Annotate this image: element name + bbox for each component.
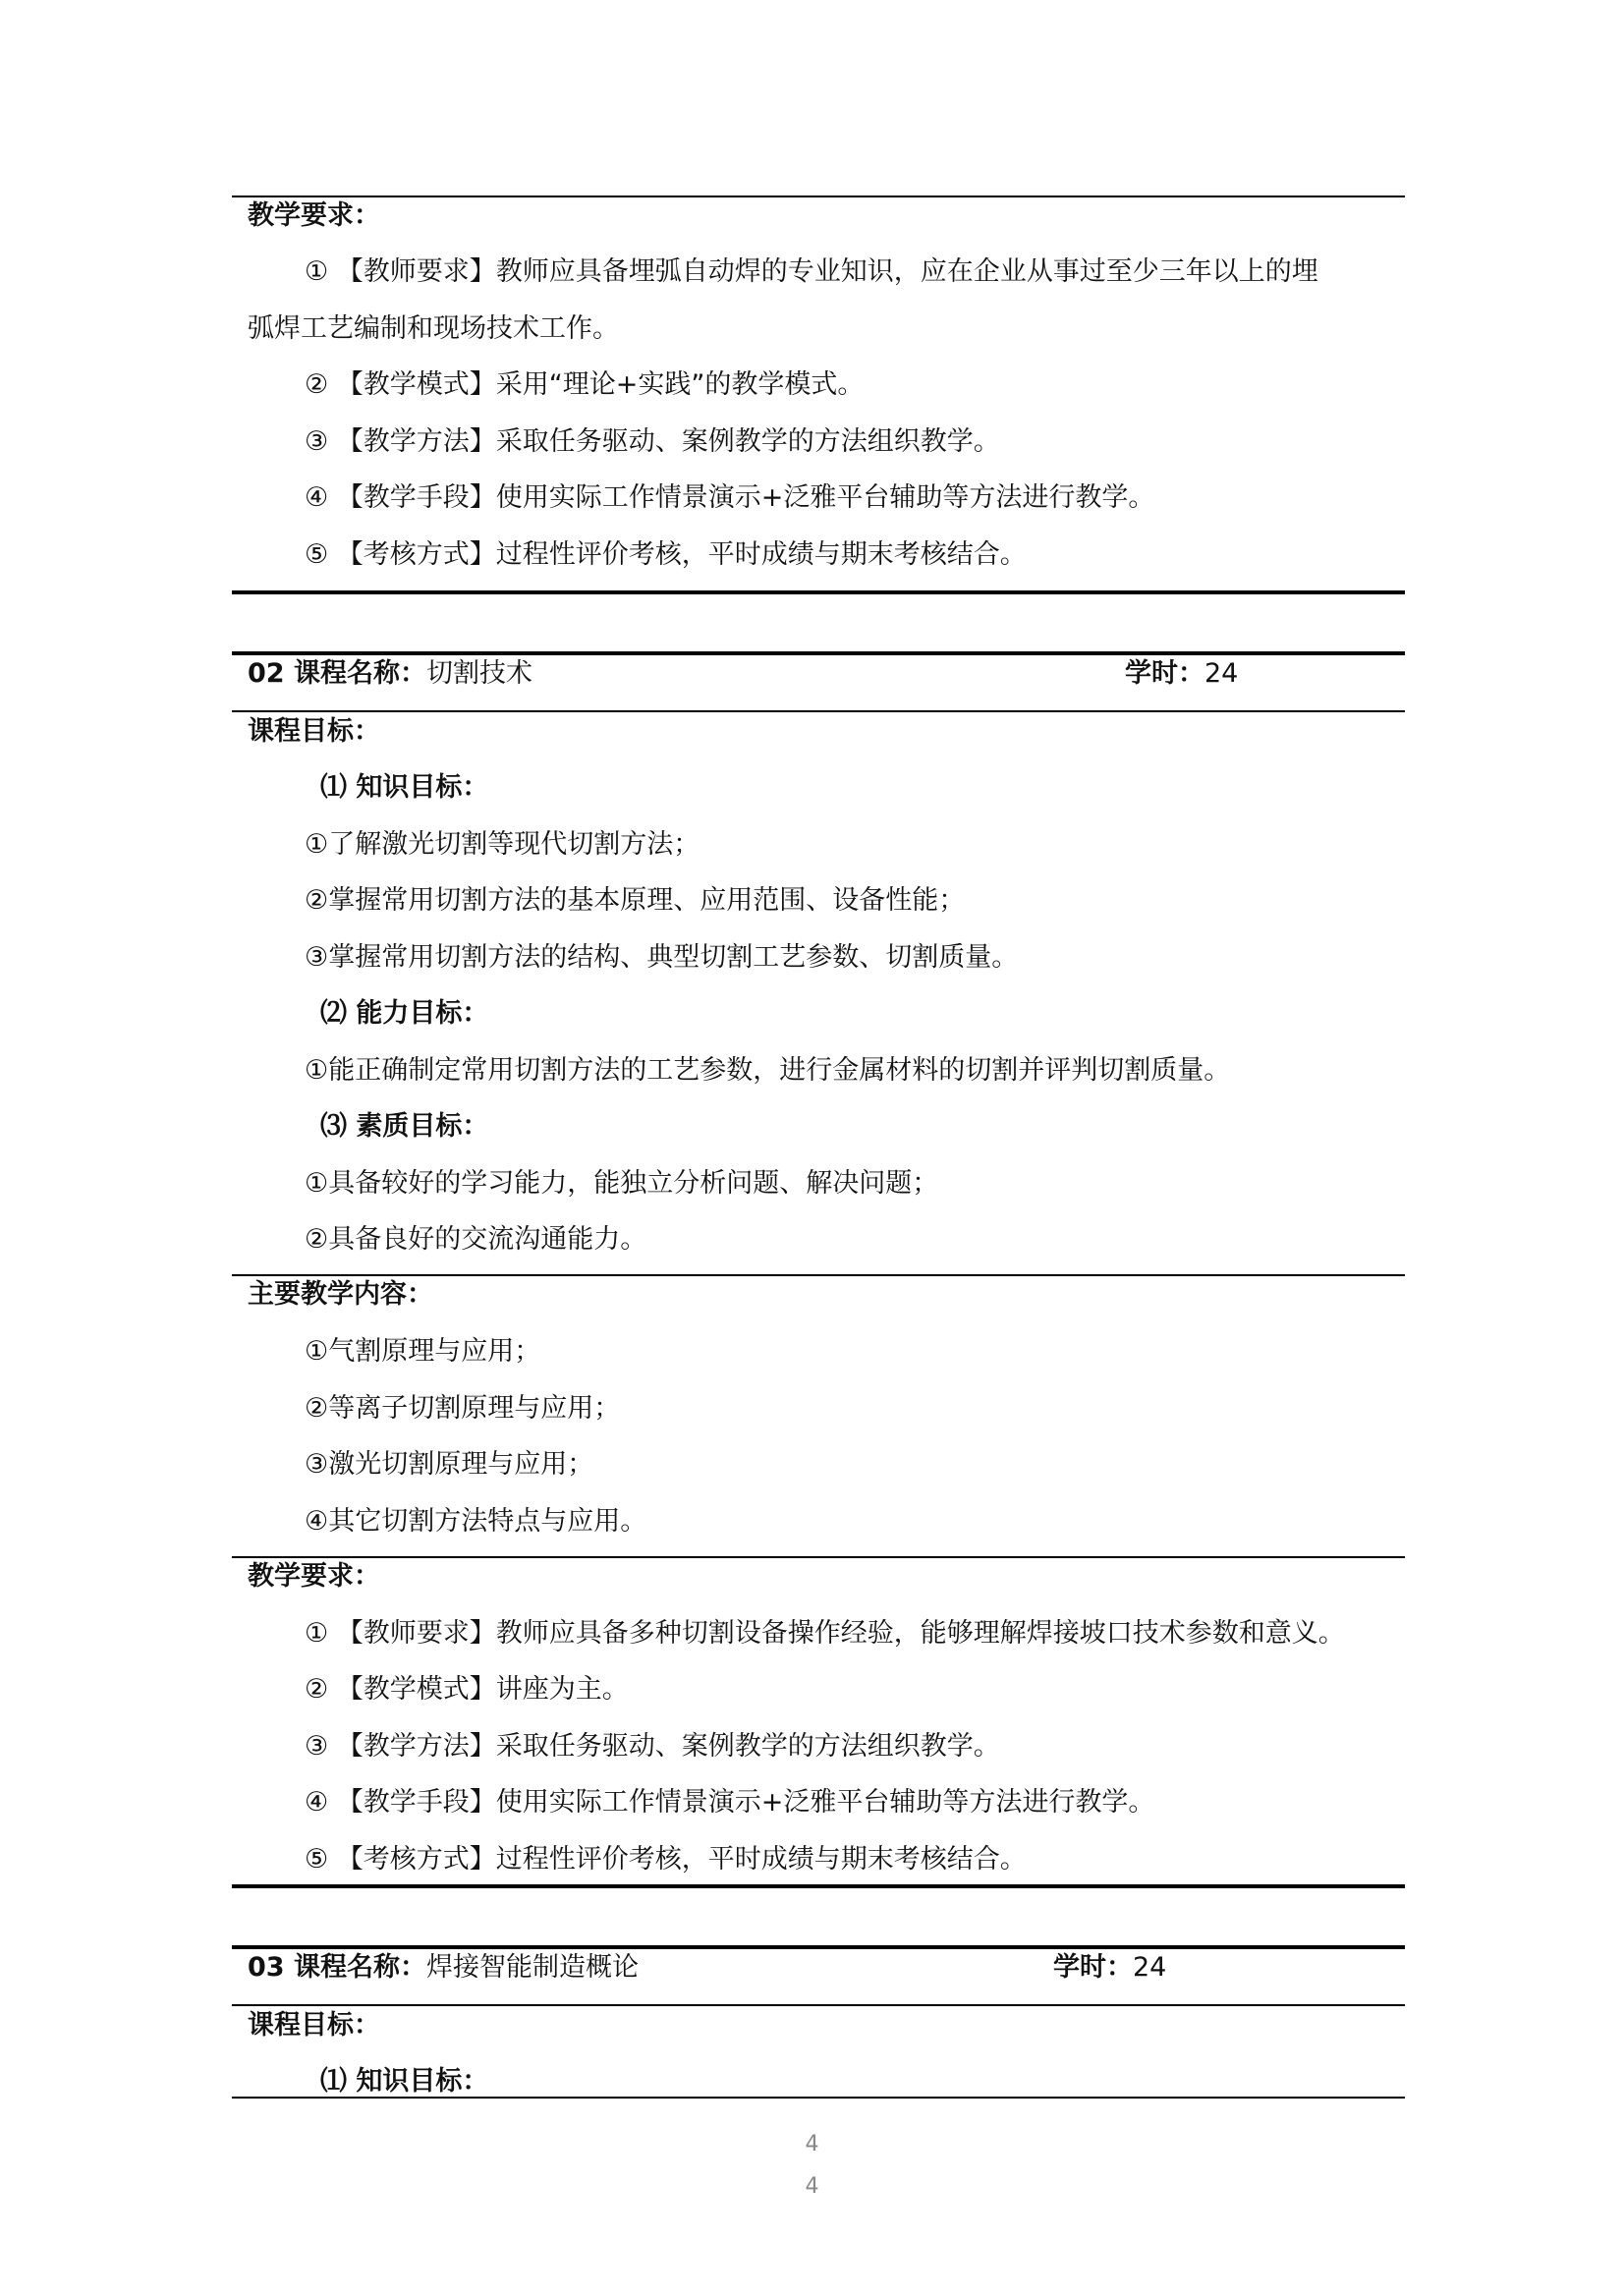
divider: [232, 196, 1405, 197]
knowledge-objectives-heading: ⑴ 知识目标：: [320, 770, 488, 806]
objectives-heading: 课程目标：: [248, 714, 380, 750]
divider: [232, 1274, 1405, 1276]
content-item: ④其它切割方法特点与应用。: [305, 1504, 646, 1540]
course-top-divider: [232, 651, 1405, 655]
course-02-title: 02 课程名称：切割技术: [248, 656, 532, 692]
divider: [232, 1556, 1405, 1558]
hours-value: 24: [1204, 658, 1238, 689]
knowledge-item: ③掌握常用切割方法的结构、典型切割工艺参数、切割质量。: [305, 940, 1018, 976]
course-03-hours: 学时：24: [1053, 1950, 1166, 1986]
requirement-item: ④ 【教学手段】使用实际工作情景演示+泛雅平台辅助等方法进行教学。: [305, 1785, 1154, 1820]
content-item: ①气割原理与应用；: [305, 1334, 540, 1370]
hours-value: 24: [1133, 1952, 1166, 1983]
knowledge-objectives-heading: ⑴ 知识目标：: [320, 2064, 488, 2100]
requirement-item: ② 【教学模式】采用“理论+实践”的教学模式。: [305, 367, 864, 403]
requirement-item: ① 【教师要求】教师应具备埋弧自动焊的专业知识，应在企业从事过至少三年以上的埋: [305, 254, 1318, 290]
hours-label: 学时：: [1053, 1952, 1133, 1983]
course-number: 02: [248, 658, 285, 689]
section-end-divider: [232, 1884, 1405, 1888]
ability-item: ①能正确制定常用切割方法的工艺参数，进行金属材料的切割并评判切割质量。: [305, 1053, 1230, 1089]
page-number: 4: [0, 2132, 1624, 2156]
requirement-item: ② 【教学模式】讲座为主。: [305, 1672, 629, 1708]
section-end-divider: [232, 590, 1405, 594]
requirement-item: ⑤ 【考核方式】过程性评价考核，平时成绩与期末考核结合。: [305, 537, 1027, 573]
teaching-requirements-heading: 教学要求：: [248, 198, 380, 234]
page-number: 4: [0, 2174, 1624, 2199]
content-item: ③激光切割原理与应用；: [305, 1447, 593, 1483]
course-name: 切割技术: [426, 658, 532, 689]
objectives-heading: 课程目标：: [248, 2008, 380, 2044]
course-top-divider: [232, 1945, 1405, 1949]
quality-objectives-heading: ⑶ 素质目标：: [320, 1109, 488, 1145]
divider: [232, 2097, 1405, 2099]
requirement-item-continued: 弧焊工艺编制和现场技术工作。: [248, 311, 619, 347]
quality-item: ①具备较好的学习能力，能独立分析问题、解决问题；: [305, 1166, 938, 1202]
requirement-item: ① 【教师要求】教师应具备多种切割设备操作经验，能够理解焊接坡口技术参数和意义。: [305, 1616, 1345, 1652]
knowledge-item: ②掌握常用切割方法的基本原理、应用范围、设备性能；: [305, 883, 965, 919]
course-03-title: 03 课程名称：焊接智能制造概论: [248, 1950, 639, 1986]
course-name-label: 课程名称：: [294, 1952, 426, 1983]
requirement-item: ⑤ 【考核方式】过程性评价考核，平时成绩与期末考核结合。: [305, 1842, 1027, 1877]
course-number: 03: [248, 1952, 285, 1983]
course-name: 焊接智能制造概论: [426, 1952, 639, 1983]
requirement-item: ③ 【教学方法】采取任务驱动、案例教学的方法组织教学。: [305, 424, 1000, 460]
divider: [232, 710, 1405, 712]
requirement-item: ④ 【教学手段】使用实际工作情景演示+泛雅平台辅助等方法进行教学。: [305, 480, 1154, 516]
main-content-heading: 主要教学内容：: [248, 1277, 433, 1313]
content-item: ②等离子切割原理与应用；: [305, 1391, 620, 1427]
teaching-requirements-heading: 教学要求：: [248, 1559, 380, 1595]
knowledge-item: ①了解激光切割等现代切割方法；: [305, 827, 700, 863]
document-page: 教学要求： ① 【教师要求】教师应具备埋弧自动焊的专业知识，应在企业从事过至少三…: [0, 0, 1624, 2296]
ability-objectives-heading: ⑵ 能力目标：: [320, 996, 488, 1032]
course-02-hours: 学时：24: [1125, 656, 1238, 692]
quality-item: ②具备良好的交流沟通能力。: [305, 1222, 646, 1258]
divider: [232, 2004, 1405, 2006]
requirement-item: ③ 【教学方法】采取任务驱动、案例教学的方法组织教学。: [305, 1729, 1000, 1764]
hours-label: 学时：: [1125, 658, 1204, 689]
course-name-label: 课程名称：: [294, 658, 426, 689]
